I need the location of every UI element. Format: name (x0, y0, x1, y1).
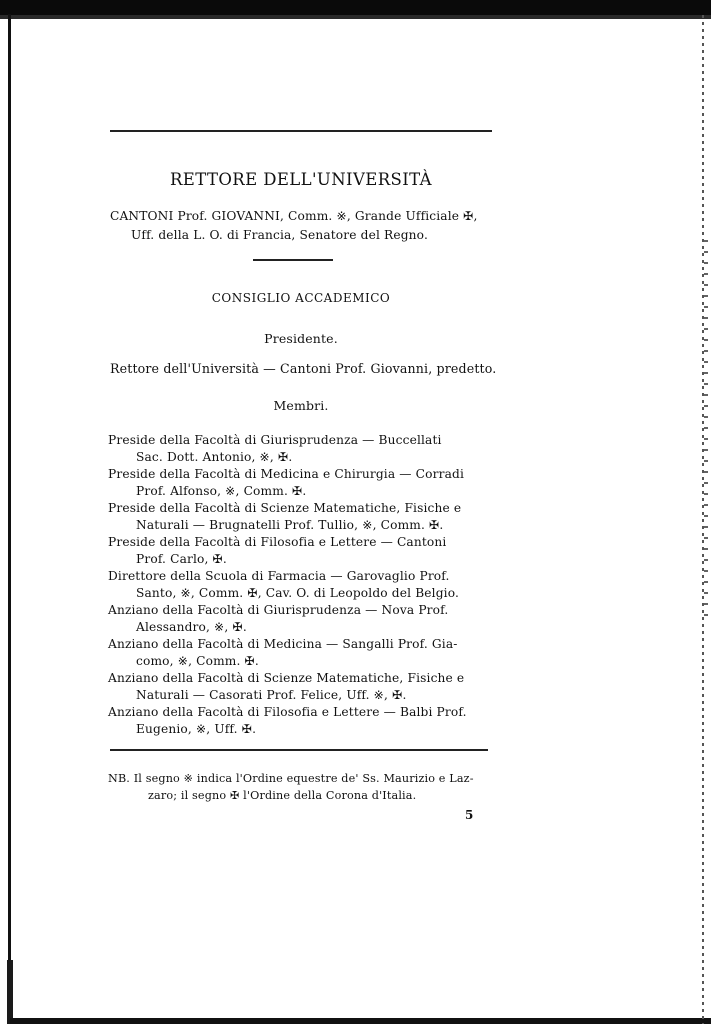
scan-edge-noise (704, 240, 708, 620)
consiglio-heading: CONSIGLIO ACCADEMICO (0, 291, 602, 305)
top-rule (110, 130, 492, 132)
member-2-line-2: Naturali — Brugnatelli Prof. Tullio, ※, … (136, 518, 443, 532)
member-3-line-1: Preside della Facoltà di Filosofia e Let… (108, 535, 446, 549)
presidente-label: Presidente. (0, 331, 602, 346)
member-5-line-2: Alessandro, ※, ✠. (136, 620, 247, 634)
rettore-line-1: CANTONI Prof. GIOVANNI, Comm. ※, Grande … (110, 209, 491, 223)
rettore-heading: RETTORE DELL'UNIVERSITÀ (0, 170, 602, 189)
member-6-line-1: Anziano della Facoltà di Medicina — Sang… (108, 637, 458, 651)
member-1-line-1: Preside della Facoltà di Medicina e Chir… (108, 467, 464, 481)
member-8-line-2: Eugenio, ※, Uff. ✠. (136, 722, 256, 736)
footnote-rule (110, 749, 488, 751)
member-4-line-2: Santo, ※, Comm. ✠, Cav. O. di Leopoldo d… (136, 586, 459, 600)
member-3-line-2: Prof. Carlo, ✠. (136, 552, 227, 566)
footnote-line-1: NB. Il segno ※ indica l'Ordine equestre … (108, 772, 474, 785)
presidente-line: Rettore dell'Università — Cantoni Prof. … (110, 361, 496, 376)
member-4-line-1: Direttore della Scuola di Farmacia — Gar… (108, 569, 450, 583)
member-7-line-2: Naturali — Casorati Prof. Felice, Uff. ※… (136, 688, 406, 702)
section-divider (253, 259, 333, 261)
member-2-line-1: Preside della Facoltà di Scienze Matemat… (108, 501, 461, 515)
footnote-line-2: zaro; il segno ✠ l'Ordine della Corona d… (148, 789, 416, 802)
scan-border-top-shadow (0, 15, 711, 19)
scan-border-left-shadow (7, 960, 13, 1024)
member-8-line-1: Anziano della Facoltà di Filosofia e Let… (108, 705, 467, 719)
membri-label: Membri. (0, 398, 602, 413)
member-0-line-2: Sac. Dott. Antonio, ※, ✠. (136, 450, 292, 464)
member-0-line-1: Preside della Facoltà di Giurisprudenza … (108, 433, 442, 447)
member-5-line-1: Anziano della Facoltà di Giurisprudenza … (108, 603, 448, 617)
member-1-line-2: Prof. Alfonso, ※, Comm. ✠. (136, 484, 306, 498)
scan-border-bottom (10, 1018, 711, 1024)
page-number: 5 (465, 808, 474, 822)
rettore-line-2: Uff. della L. O. di Francia, Senatore de… (131, 228, 428, 242)
scan-border-left (8, 14, 11, 1024)
member-7-line-1: Anziano della Facoltà di Scienze Matemat… (108, 671, 464, 685)
member-6-line-2: como, ※, Comm. ✠. (136, 654, 259, 668)
